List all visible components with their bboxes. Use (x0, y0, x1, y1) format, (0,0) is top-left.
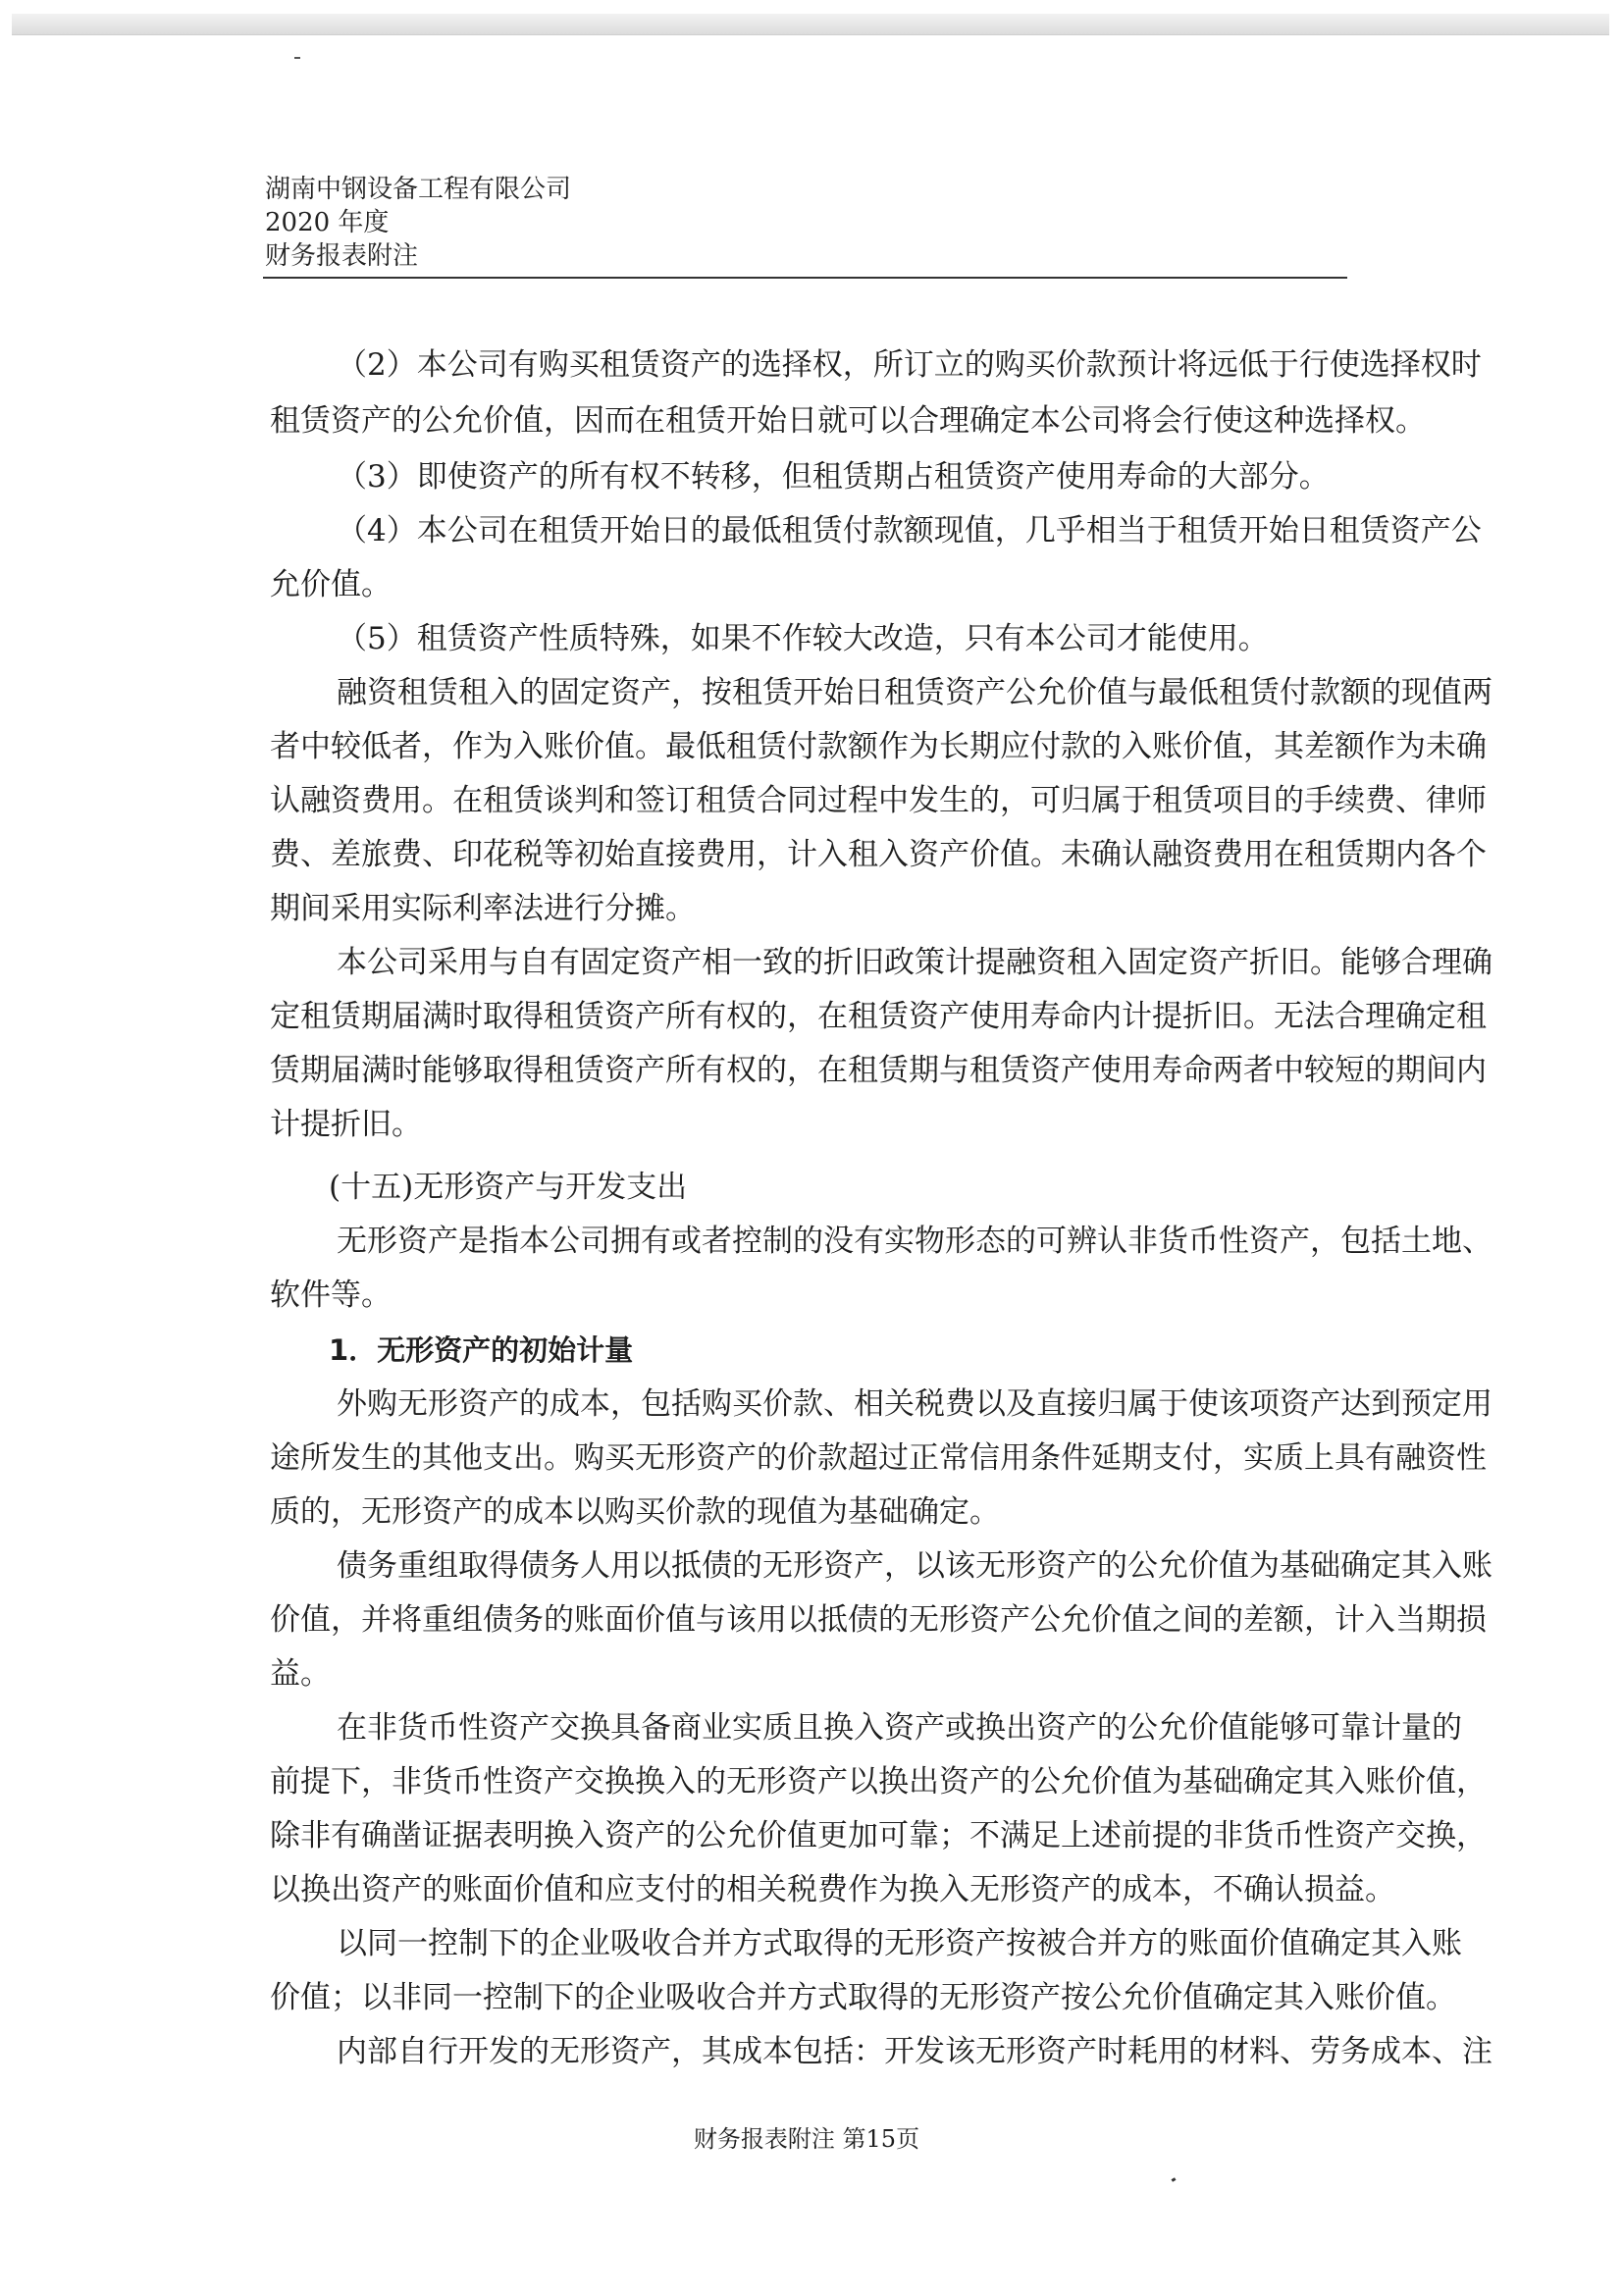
report-year: 2020 年度 (265, 206, 571, 239)
text-line: 以换出资产的账面价值和应支付的相关税费作为换入无形资产的成本，不确认损益。 (270, 1870, 1371, 1909)
scan-top-band (12, 14, 1609, 35)
text-line: 价值，并将重组债务的账面价值与该用以抵债的无形资产公允价值之间的差额，计入当期损 (270, 1600, 1371, 1640)
text-line: 期间采用实际利率法进行分摊。 (270, 889, 1371, 928)
page-footer: 财务报表附注 第15页 (0, 2119, 1623, 2154)
text-line: 认融资费用。在租赁谈判和签订租赁合同过程中发生的，可归属于租赁项目的手续费、律师 (270, 781, 1371, 820)
text-line: 融资租赁租入的固定资产，按租赁开始日租赁资产公允价值与最低租赁付款额的现值两 (337, 673, 1371, 712)
text-line: 途所发生的其他支出。购买无形资产的价款超过正常信用条件延期支付，实质上具有融资性 (270, 1438, 1371, 1478)
text-line: 质的，无形资产的成本以购买价款的现值为基础确定。 (270, 1492, 1371, 1532)
text-line: （5）租赁资产性质特殊，如果不作较大改造，只有本公司才能使用。 (337, 619, 1371, 658)
header-rule (263, 277, 1347, 279)
page-number-label: 财务报表附注 第15页 (694, 2125, 919, 2153)
text-line: 费、差旅费、印花税等初始直接费用，计入租入资产价值。未确认融资费用在租赁期内各个 (270, 835, 1371, 874)
text-line: 定租赁期届满时取得租赁资产所有权的，在租赁资产使用寿命内计提折旧。无法合理确定租 (270, 997, 1371, 1036)
text-line: 在非货币性资产交换具备商业实质且换入资产或换出资产的公允价值能够可靠计量的 (337, 1708, 1371, 1748)
section-heading: (十五)无形资产与开发支出 (329, 1168, 687, 1207)
text-line: 允价值。 (270, 565, 1371, 604)
text-line: 以同一控制下的企业吸收合并方式取得的无形资产按被合并方的账面价值确定其入账 (337, 1924, 1371, 1963)
page-header: 湖南中钢设备工程有限公司 2020 年度 财务报表附注 (265, 173, 571, 273)
text-line: 除非有确凿证据表明换入资产的公允价值更加可靠；不满足上述前提的非货币性资产交换， (270, 1816, 1371, 1855)
text-line: 内部自行开发的无形资产，其成本包括：开发该无形资产时耗用的材料、劳务成本、注 (337, 2032, 1371, 2071)
text-line: 价值；以非同一控制下的企业吸收合并方式取得的无形资产按公允价值确定其入账价值。 (270, 1978, 1371, 2017)
subsection-heading: 1．无形资产的初始计量 (329, 1331, 633, 1370)
text-line: 前提下，非货币性资产交换换入的无形资产以换出资产的公允价值为基础确定其入账价值， (270, 1762, 1371, 1801)
text-line: 外购无形资产的成本，包括购买价款、相关税费以及直接归属于使该项资产达到预定用 (337, 1384, 1371, 1424)
text-line: 无形资产是指本公司拥有或者控制的没有实物形态的可辨认非货币性资产，包括土地、 (337, 1222, 1371, 1261)
text-line: （2）本公司有购买租赁资产的选择权，所订立的购买价款预计将远低于行使选择权时 (337, 345, 1371, 385)
scan-mark (294, 57, 300, 59)
text-line: 益。 (270, 1654, 1371, 1694)
text-line: 软件等。 (270, 1276, 1371, 1315)
text-line: 债务重组取得债务人用以抵债的无形资产，以该无形资产的公允价值为基础确定其入账 (337, 1546, 1371, 1586)
text-line: 租赁资产的公允价值，因而在租赁开始日就可以合理确定本公司将会行使这种选择权。 (270, 401, 1371, 441)
text-line: 计提折旧。 (270, 1105, 1371, 1144)
document-title: 财务报表附注 (265, 239, 571, 273)
scan-speck (1172, 2177, 1177, 2182)
text-line: 赁期届满时能够取得租赁资产所有权的，在租赁期与租赁资产使用寿命两者中较短的期间内 (270, 1051, 1371, 1090)
text-line: 者中较低者，作为入账价值。最低租赁付款额作为长期应付款的入账价值，其差额作为未确 (270, 727, 1371, 766)
text-line: 本公司采用与自有固定资产相一致的折旧政策计提融资租入固定资产折旧。能够合理确 (337, 943, 1371, 982)
company-name: 湖南中钢设备工程有限公司 (265, 173, 571, 206)
text-line: （4）本公司在租赁开始日的最低租赁付款额现值，几乎相当于租赁开始日租赁资产公 (337, 511, 1371, 550)
text-line: （3）即使资产的所有权不转移，但租赁期占租赁资产使用寿命的大部分。 (337, 457, 1371, 496)
